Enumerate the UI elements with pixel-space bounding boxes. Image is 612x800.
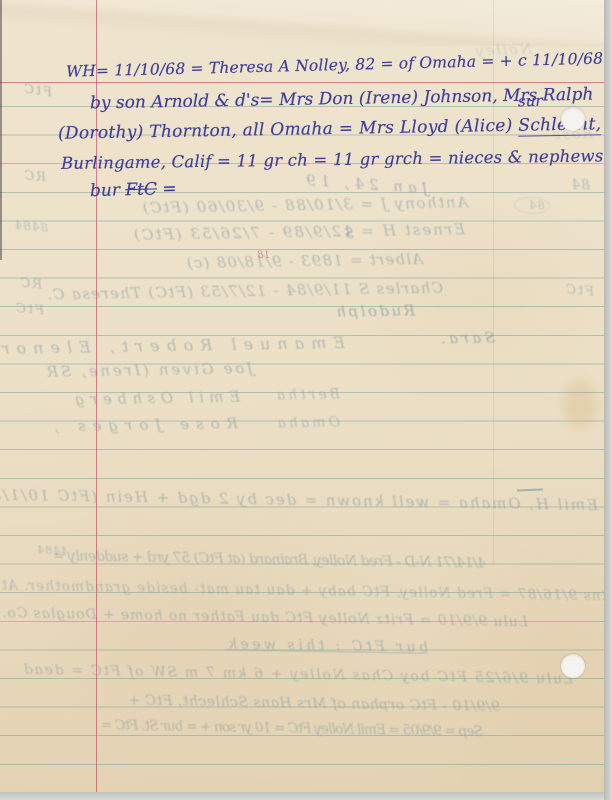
margin-line-bleed	[493, 0, 494, 565]
handwritten-line-5: bur FtC =	[90, 179, 177, 202]
burial-prefix: bur	[90, 180, 126, 201]
punch-hole	[561, 654, 585, 678]
scan-edge-right	[604, 0, 612, 800]
ruled-lines	[0, 106, 604, 770]
scan-edge-left	[0, 0, 2, 260]
scan-edge-bottom	[0, 792, 604, 800]
header-rule-line	[0, 82, 604, 83]
paper-crease	[0, 0, 604, 46]
margin-line	[96, 0, 97, 792]
scanned-document: NolleyRoseJan 24, 1984Anthony J = 3/10/8…	[0, 0, 612, 800]
punch-hole	[561, 107, 585, 131]
underlined-surname: Schlecht,	[518, 114, 601, 136]
burial-suffix: =	[157, 179, 177, 200]
cemetery-abbreviation: FtC	[125, 179, 157, 200]
